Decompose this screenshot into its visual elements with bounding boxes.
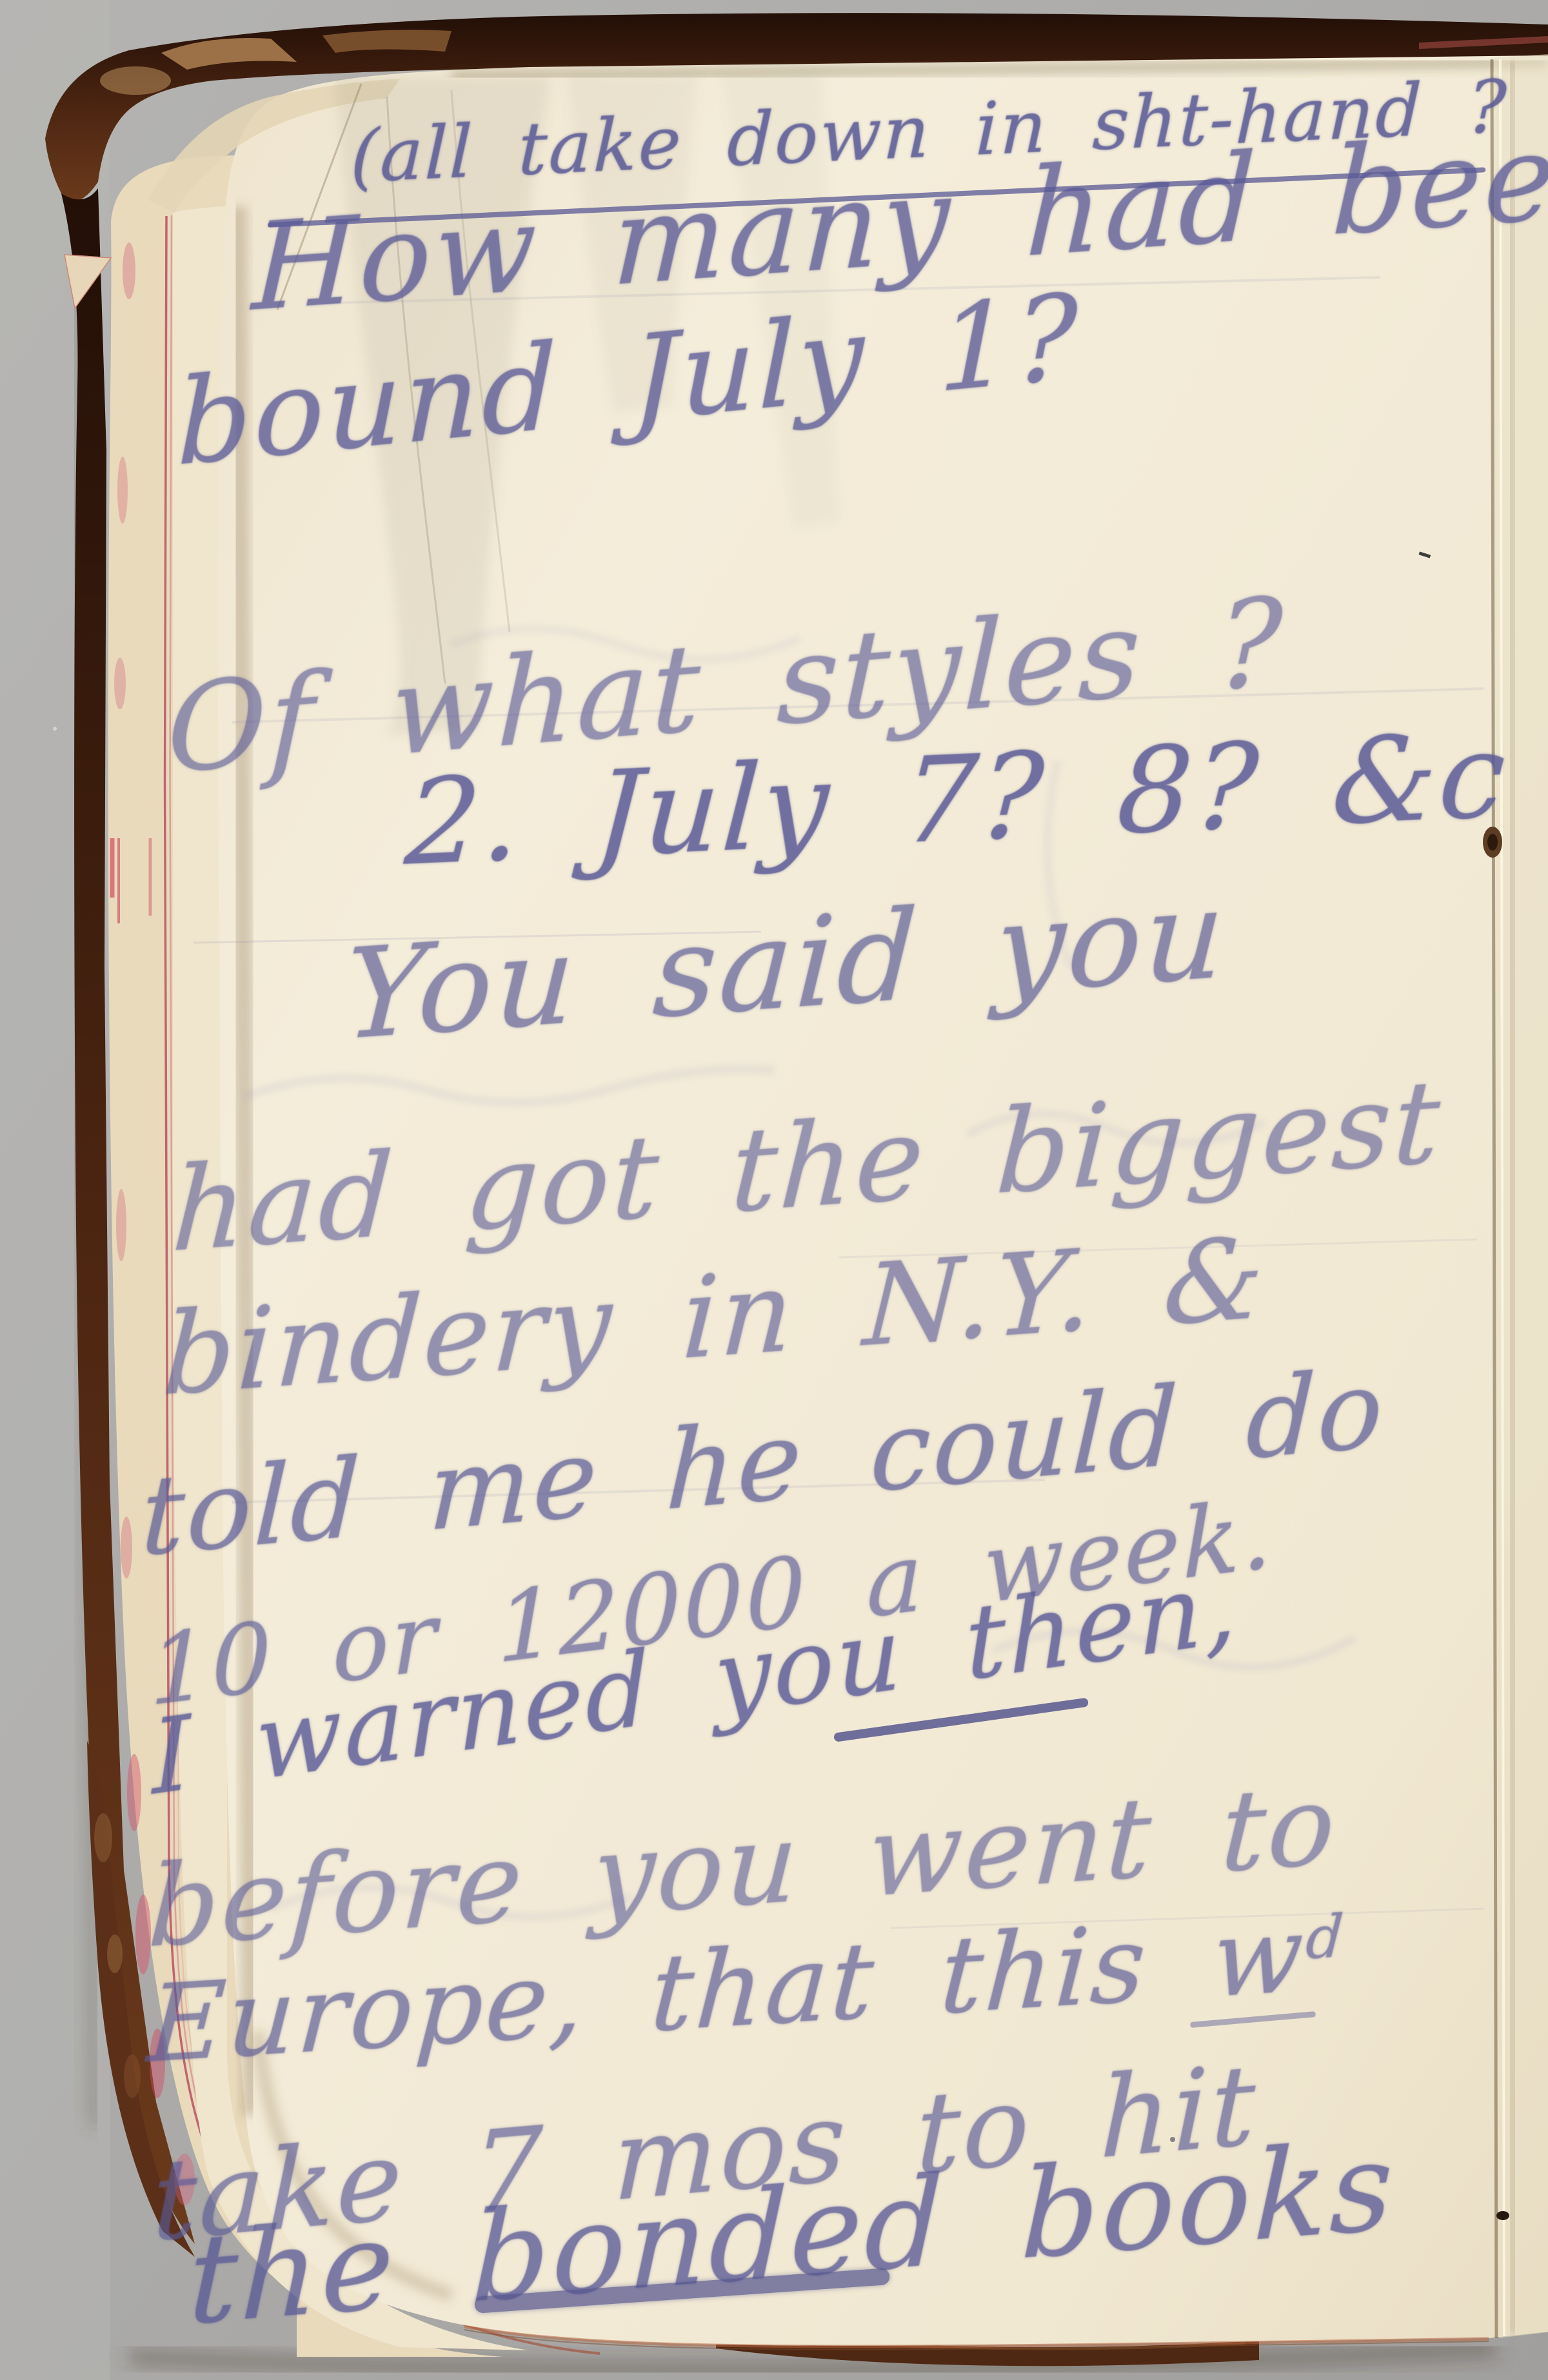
line-14-text: the	[187, 2187, 473, 2352]
dark-speck	[1496, 2211, 1509, 2220]
notebook-photo: (all take down in sht-hand ? How many ha…	[0, 0, 1548, 2380]
line-12-superscript-d: d	[1304, 1902, 1347, 1972]
